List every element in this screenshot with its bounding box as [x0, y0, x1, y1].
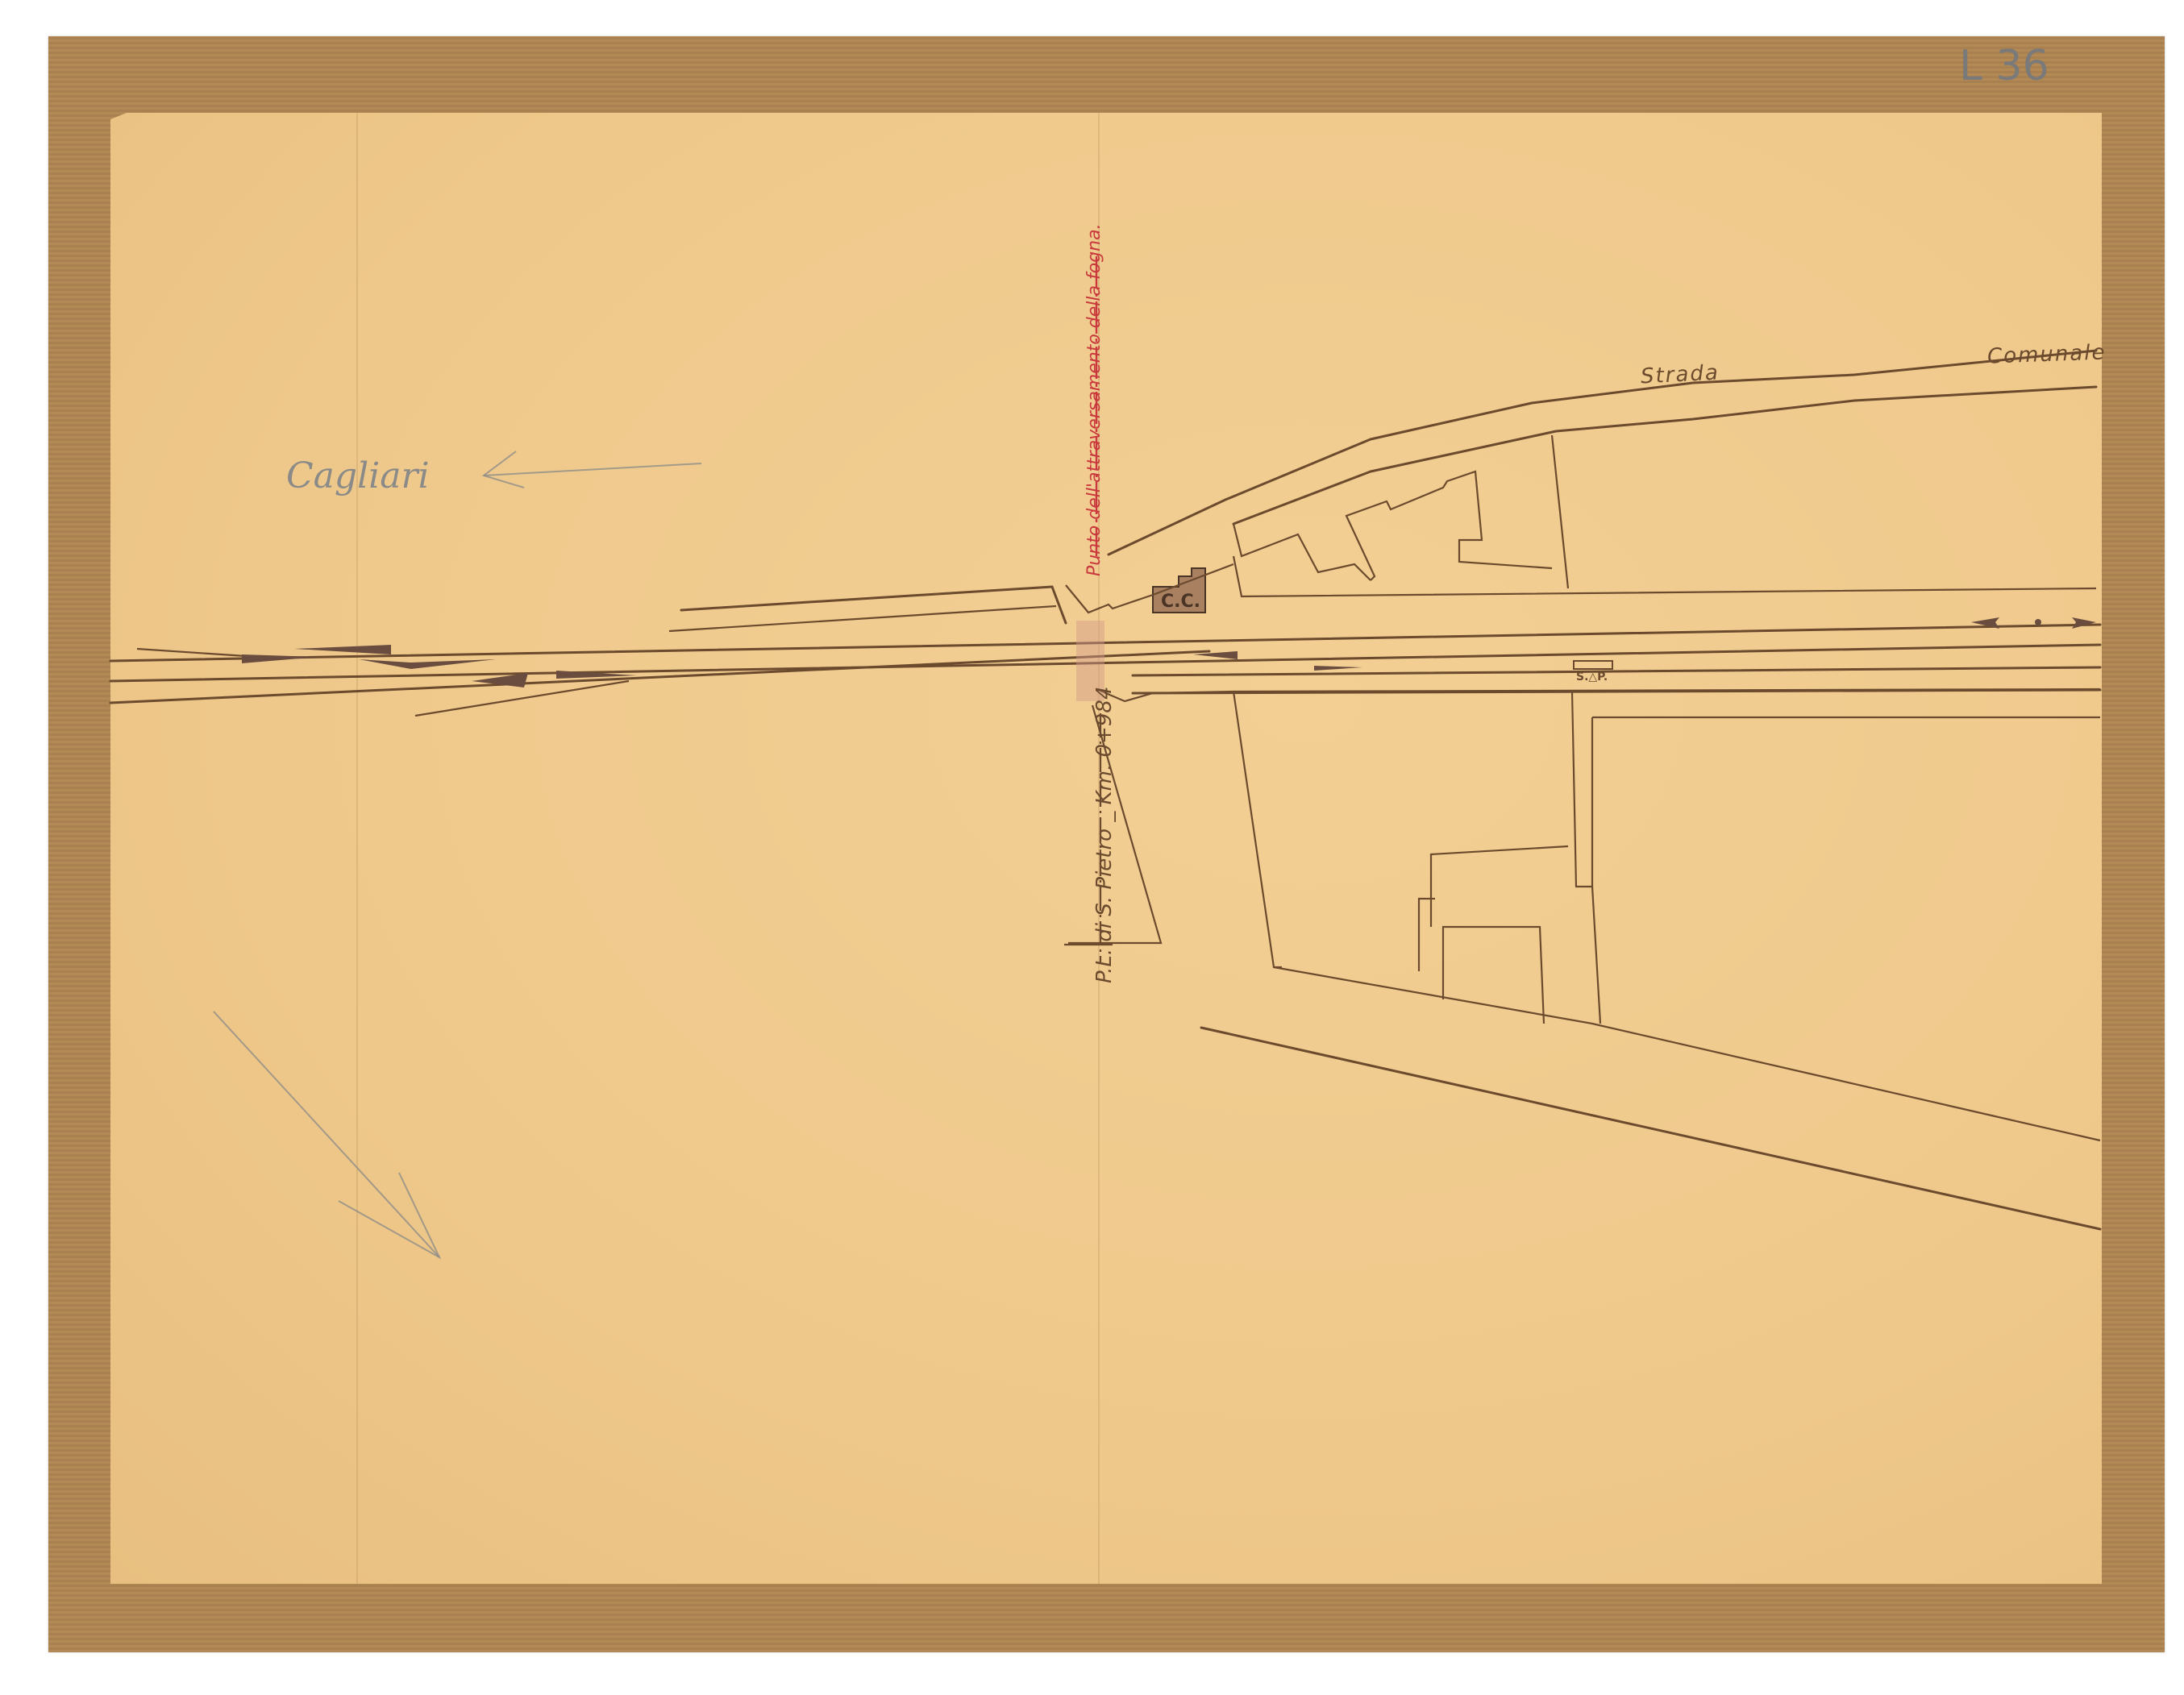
pencil-direction-arrow — [484, 451, 701, 488]
signal-sp-label: S.△P. — [1576, 671, 1608, 683]
buildings-north — [1233, 435, 2096, 596]
signal-sp-marker — [1574, 661, 1612, 669]
building-cc-label: C.C. — [1161, 592, 1200, 612]
south-parcels — [1068, 689, 2100, 1229]
road-label-comunale: Comunale — [1987, 340, 2107, 368]
road-strada-comunale — [1109, 351, 2096, 555]
pencil-cagliari-label: Cagliari — [286, 455, 430, 496]
catalog-mark: L 36 — [1959, 42, 2049, 90]
road-label-strada: Strada — [1640, 360, 1720, 388]
pencil-diagonal-arrow — [214, 1012, 439, 1257]
sewer-crossing-label: Punto dell'attraversamento della fogna. — [1084, 223, 1104, 576]
level-crossing-label: P.L. di S. Pietro _ Km. 0+984 — [1092, 687, 1117, 983]
